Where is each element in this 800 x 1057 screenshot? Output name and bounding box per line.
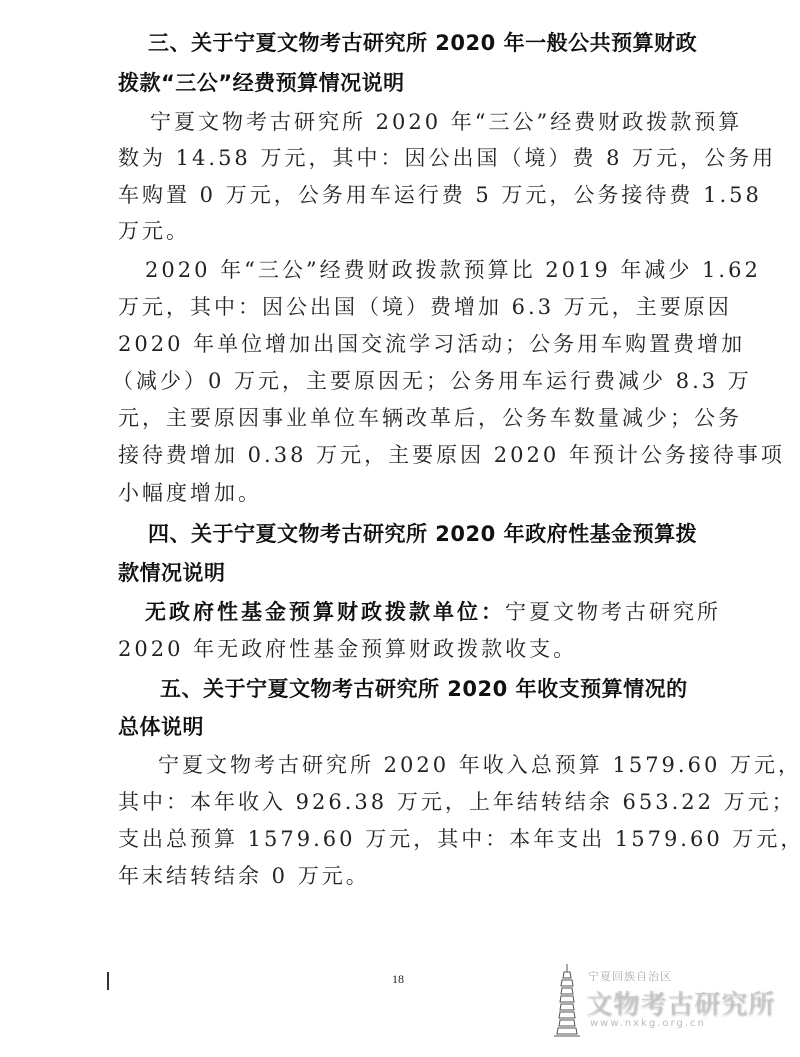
section3-para2-line: 2020 年“三公”经费财政拨款预算比 2019 年减少 1.62: [145, 255, 761, 285]
logo-region-text: 宁夏回族自治区: [588, 968, 672, 984]
section3-para1-line: 数为 14.58 万元，其中：因公出国（境）费 8 万元，公务用: [118, 143, 776, 173]
section3-heading-line2: 拨款“三公”经费预算情况说明: [118, 68, 405, 98]
section3-para1-line: 车购置 0 万元，公务用车运行费 5 万元，公务接待费 1.58: [118, 180, 762, 210]
section3-para1-line: 宁夏文物考古研究所 2020 年“三公”经费财政拨款预算: [150, 107, 742, 137]
section4-para-line2: 2020 年无政府性基金预算财政拨款收支。: [118, 634, 577, 664]
section4-heading-line1: 四、关于宁夏文物考古研究所 2020 年政府性基金预算拨: [148, 519, 697, 549]
institute-logo: 宁夏回族自治区 文物考古研究所 www.nxkg.org.cn: [548, 958, 788, 1038]
section5-para-line: 支出总预算 1579.60 万元，其中：本年支出 1579.60 万元，: [118, 824, 800, 854]
footer-margin-mark: [107, 972, 109, 990]
section4-para-lead: 无政府性基金预算财政拨款单位：: [145, 599, 505, 624]
section4-para-rest: 宁夏文物考古研究所: [505, 600, 721, 624]
section3-para2-line: 万元，其中：因公出国（境）费增加 6.3 万元，主要原因: [118, 292, 732, 322]
section3-para1-line: 万元。: [118, 216, 190, 246]
section4-para-line1: 无政府性基金预算财政拨款单位：宁夏文物考古研究所: [145, 597, 721, 627]
section4-heading-line2: 款情况说明: [118, 558, 226, 588]
page-number: 18: [392, 972, 404, 987]
section5-para-line: 其中：本年收入 926.38 万元，上年结转结余 653.22 万元；: [118, 787, 796, 817]
document-page: 三、关于宁夏文物考古研究所 2020 年一般公共预算财政 拨款“三公”经费预算情…: [0, 0, 800, 1057]
section5-para-line: 宁夏文物考古研究所 2020 年收入总预算 1579.60 万元，: [158, 750, 800, 780]
section3-para2-line: 接待费增加 0.38 万元，主要原因 2020 年预计公务接待事项: [118, 440, 785, 470]
section5-heading-line2: 总体说明: [118, 712, 204, 742]
section3-heading-line1: 三、关于宁夏文物考古研究所 2020 年一般公共预算财政: [148, 28, 697, 58]
section5-heading-line1: 五、关于宁夏文物考古研究所 2020 年收支预算情况的: [160, 674, 688, 704]
logo-name-text: 文物考古研究所: [586, 984, 775, 1021]
section3-para2-line: 2020 年单位增加出国交流学习活动；公务用车购置费增加: [118, 329, 745, 359]
logo-url-text: www.nxkg.org.cn: [590, 1018, 706, 1029]
section5-para-line: 年末结转结余 0 万元。: [118, 861, 370, 891]
section3-para2-line: 元，主要原因事业单位车辆改革后，公务车数量减少；公务: [118, 403, 742, 433]
section3-para2-line: 小幅度增加。: [118, 478, 262, 508]
section3-para2-line: （减少）0 万元，主要原因无；公务用车运行费减少 8.3 万: [112, 366, 752, 396]
pagoda-icon: [554, 964, 580, 1038]
